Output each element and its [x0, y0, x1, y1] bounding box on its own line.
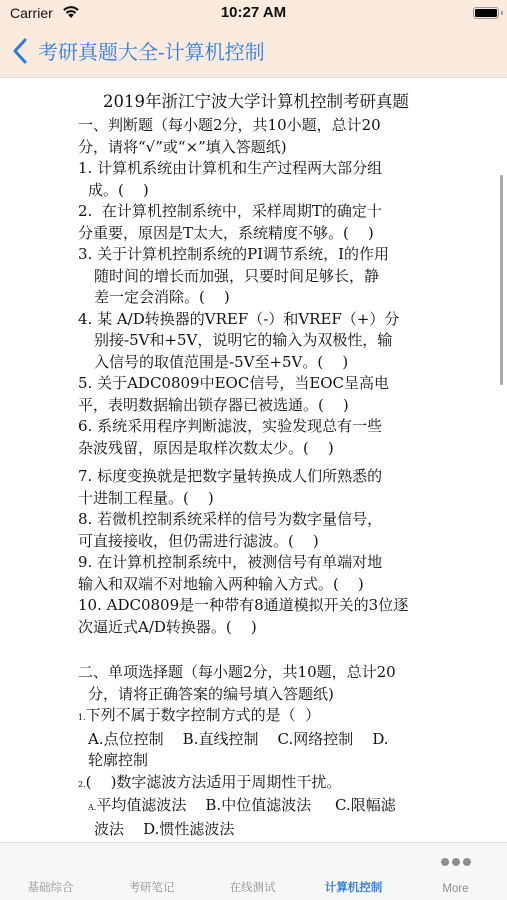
question-6: 6. 系统采用程序判断滤波，实验发现总有一些	[78, 416, 434, 438]
tab-label: 基础综合	[0, 879, 101, 895]
section2-heading-cont: 分，请将正确答案的编号填入答题纸)	[78, 684, 434, 706]
mc-question-2-number: 2.	[78, 780, 86, 789]
question-4-cont: 别接-5V和+5V，说明它的输入为双极性，输	[78, 330, 434, 352]
question-5: 5. 关于ADC0809中EOC信号，当EOC呈高电	[78, 373, 434, 395]
chevron-left-icon	[12, 37, 28, 65]
spacer	[78, 459, 434, 466]
tab-exam-notes[interactable]: 考研笔记	[101, 843, 202, 900]
tab-more[interactable]: More	[404, 843, 507, 900]
back-button[interactable]: 考研真题大全-计算机控制	[12, 36, 265, 65]
document-title: 2019年浙江宁波大学计算机控制考研真题	[78, 91, 434, 113]
mc-question-2-options: A.平均值滤波法 B.中位值滤波法 C.限幅滤	[78, 795, 434, 819]
section1-heading: 一、判断题（每小题2分，共10小题，总计20	[78, 115, 434, 137]
mc-question-1-options: A.点位控制 B.直线控制 C.网络控制 D.	[78, 729, 434, 751]
option-text: 平均值滤波法 B.中位值滤波法 C.限幅滤	[96, 796, 395, 814]
document-viewer[interactable]: 2019年浙江宁波大学计算机控制考研真题 一、判断题（每小题2分，共10小题，总…	[0, 79, 507, 842]
section1-heading-cont: 分，请将“√”或“×”填入答题纸)	[78, 137, 434, 159]
tab-label: 在线测试	[202, 879, 303, 895]
tab-online-test[interactable]: 在线测试	[202, 843, 303, 900]
section2-heading: 二、单项选择题（每小题2分，共10题，总计20	[78, 662, 434, 684]
question-3-cont: 随时间的增长而加强，只要时间足够长，静	[78, 266, 434, 288]
clock: 10:27 AM	[0, 4, 507, 21]
mc-question-1-number: 1.	[78, 713, 86, 722]
question-1-cont: 成。( )	[78, 180, 434, 202]
navigation-bar: 考研真题大全-计算机控制	[0, 30, 507, 74]
question-3: 3. 关于计算机控制系统的PI调节系统，I的作用	[78, 244, 434, 266]
question-7: 7. 标度变换就是把数字量转换成人们所熟悉的	[78, 466, 434, 488]
question-2: 2. 在计算机控制系统中，采样周期T的确定十	[78, 201, 434, 223]
status-bar: Carrier 10:27 AM	[0, 0, 507, 26]
tab-label: 计算机控制	[303, 879, 404, 895]
question-7-cont: 十进制工程量。( )	[78, 488, 434, 510]
vertical-scrollbar[interactable]	[500, 175, 503, 385]
question-8-cont: 可直接接收，但仍需进行滤波。( )	[78, 531, 434, 553]
question-9: 9. 在计算机控制系统中，被测信号有单端对地	[78, 552, 434, 574]
header: Carrier 10:27 AM 考研真题大全-计算机控制	[0, 0, 507, 78]
mc-question-2: 2.( )数字滤波方法适用于周期性干扰。	[78, 772, 434, 796]
exam-document: 2019年浙江宁波大学计算机控制考研真题 一、判断题（每小题2分，共10小题，总…	[78, 91, 434, 842]
question-3-cont2: 差一定会消除。( )	[78, 287, 434, 309]
question-4-cont2: 入信号的取值范围是-5V至+5V。( )	[78, 352, 434, 374]
question-1: 1. 计算机系统由计算机和生产过程两大部分组	[78, 158, 434, 180]
tab-label: More	[404, 883, 507, 895]
tab-bar: 基础综合 考研笔记 在线测试 计算机控制 More	[0, 842, 507, 900]
tab-computer-control[interactable]: 计算机控制	[303, 843, 404, 900]
nav-title: 考研真题大全-计算机控制	[38, 36, 265, 65]
mc-question-1-text: 下列不属于数字控制方式的是（ ）	[86, 706, 321, 724]
question-10: 10. ADC0809是一种带有8通道模拟开关的3位逐	[78, 595, 434, 617]
question-4: 4. 某 A/D转换器的VREF（-）和VREF（+）分	[78, 309, 434, 331]
question-8: 8. 若微机控制系统采样的信号为数字量信号，	[78, 509, 434, 531]
mc-question-1-options-cont: 轮廓控制	[78, 750, 434, 772]
tab-label: 考研笔记	[101, 879, 202, 895]
mc-question-1: 1.下列不属于数字控制方式的是（ ）	[78, 705, 434, 729]
question-10-cont: 次逼近式A/D转换器。( )	[78, 617, 434, 639]
battery-tip	[501, 11, 503, 15]
question-2-cont: 分重要，原因是T太大，系统精度不够。( )	[78, 223, 434, 245]
question-5-cont: 平，表明数据输出锁存器已被选通。( )	[78, 395, 434, 417]
more-dots-icon	[441, 858, 471, 866]
battery-icon	[473, 7, 499, 19]
mc-question-2-options-cont: 波法 D.惯性滤波法	[78, 819, 434, 841]
spacer	[78, 638, 434, 662]
question-6-cont: 杂波残留，原因是取样次数太少。( )	[78, 438, 434, 460]
tab-basic-comprehensive[interactable]: 基础综合	[0, 843, 101, 900]
mc-question-2-text: ( )数字滤波方法适用于周期性干扰。	[86, 773, 342, 791]
question-9-cont: 输入和双端不对地输入两种输入方式。( )	[78, 574, 434, 596]
